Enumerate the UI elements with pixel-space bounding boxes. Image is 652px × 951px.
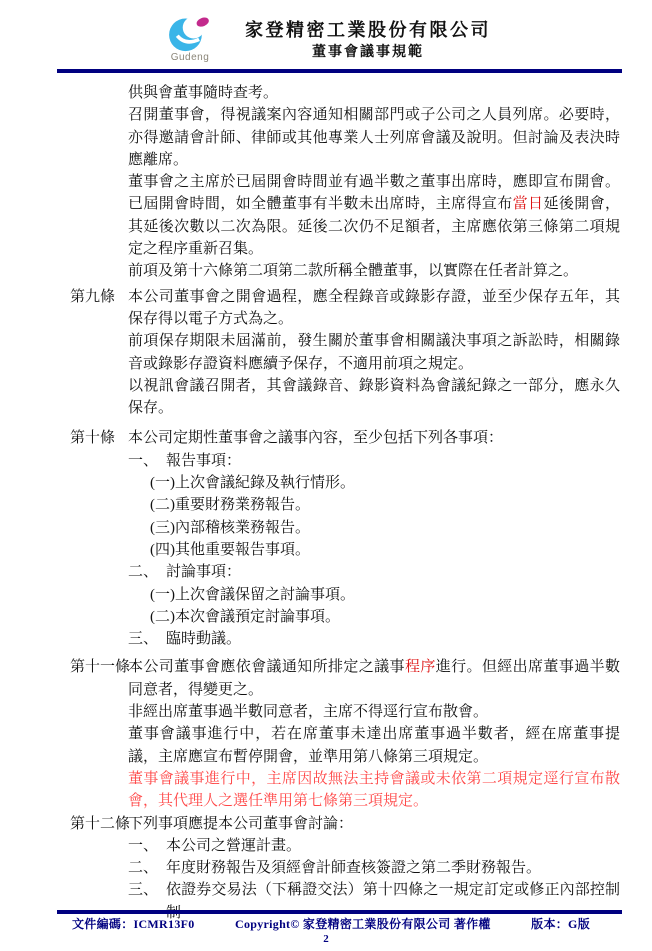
article-12-label: 第十二條 <box>70 813 128 924</box>
document-code: 文件編碼：ICMR13F0 <box>72 917 195 932</box>
article-9-body: 本公司董事會之開會過程，應全程錄音或錄影存證，並至少保存五年，其保存得以電子方式… <box>128 286 620 420</box>
paragraph: 前項保存期限未屆滿前，發生關於董事會相關議決事項之訴訟時，相關錄音或錄影存證資料… <box>128 330 620 375</box>
paragraph: 前項及第十六條第二項第二款所稱全體董事，以實際在任者計算之。 <box>128 260 620 282</box>
article-8-continuation: 供與會董事隨時查考。 召開董事會，得視議案內容通知相關部門或子公司之人員列席。必… <box>128 82 620 283</box>
article-12: 第十二條 下列事項應提本公司董事會討論： 一、 本公司之營運計畫。 二、 年度財… <box>70 813 620 924</box>
paragraph: 董事會之主席於已屆開會時間並有過半數之董事出席時，應即宣布開會。已屆開會時間，如… <box>128 171 620 260</box>
list-text: 臨時動議。 <box>166 628 241 650</box>
company-logo: Gudeng <box>161 13 219 63</box>
article-11-label: 第十一條 <box>70 656 128 812</box>
page-number: 2 <box>0 933 652 946</box>
footer-row: 文件編碼：ICMR13F0 Copyright© 家登精密工業股份有限公司 著作… <box>0 914 652 932</box>
list-item: 三、 臨時動議。 <box>128 628 620 650</box>
list-number: 二、 <box>128 857 166 879</box>
page-footer: 文件編碼：ICMR13F0 Copyright© 家登精密工業股份有限公司 著作… <box>0 910 652 946</box>
document-title: 董事會議事規範 <box>245 44 491 62</box>
sub-list-item: (二)重要財務業務報告。 <box>128 494 620 516</box>
red-paragraph: 董事會議事進行中，主席因故無法主持會議或未依第二項規定逕行宣布散會，其代理人之選… <box>128 768 620 813</box>
paragraph: 下列事項應提本公司董事會討論： <box>128 813 620 835</box>
list-number: 一、 <box>128 450 166 472</box>
gudeng-logo-icon <box>165 13 215 53</box>
article-9-label: 第九條 <box>70 286 128 420</box>
version-label: 版本：G版 <box>531 917 590 932</box>
document-page: Gudeng 家登精密工業股份有限公司 董事會議事規範 供與會董事隨時查考。 召… <box>0 0 652 951</box>
list-number: 三、 <box>128 628 166 650</box>
text-segment: 本公司董事會應依會議通知所排定之議事 <box>128 659 405 675</box>
list-number: 一、 <box>128 835 166 857</box>
list-text: 本公司之營運計畫。 <box>166 835 301 857</box>
article-10-body: 本公司定期性董事會之議事內容，至少包括下列各事項： 一、 報告事項： (一)上次… <box>128 427 620 650</box>
article-10: 第十條 本公司定期性董事會之議事內容，至少包括下列各事項： 一、 報告事項： (… <box>70 427 620 650</box>
list-text: 報告事項： <box>166 450 241 472</box>
red-highlight-text: 當日 <box>513 196 544 212</box>
list-text: 年度財務報告及須經會計師查核簽證之第二季財務報告。 <box>166 857 541 879</box>
article-10-label: 第十條 <box>70 427 128 650</box>
list-item: 二、 討論事項： <box>128 561 620 583</box>
sub-list-item: (二)本次會議預定討論事項。 <box>128 606 620 628</box>
list-item: 一、 本公司之營運計畫。 <box>128 835 620 857</box>
sub-list-item: (一)上次會議保留之討論事項。 <box>128 584 620 606</box>
list-number: 二、 <box>128 561 166 583</box>
paragraph: 供與會董事隨時查考。 <box>128 82 620 104</box>
copyright-notice: Copyright© 家登精密工業股份有限公司 著作權 <box>235 917 491 932</box>
paragraph: 召開董事會，得視議案內容通知相關部門或子公司之人員列席。必要時，亦得邀請會計師、… <box>128 104 620 171</box>
red-highlight-text: 程序 <box>405 659 436 675</box>
list-item: 一、 報告事項： <box>128 450 620 472</box>
article-11: 第十一條 本公司董事會應依會議通知所排定之議事程序進行。但經出席董事過半數同意者… <box>70 656 620 812</box>
company-name: 家登精密工業股份有限公司 <box>245 18 491 42</box>
paragraph: 本公司董事會應依會議通知所排定之議事程序進行。但經出席董事過半數同意者，得變更之… <box>128 656 620 701</box>
paragraph: 本公司定期性董事會之議事內容，至少包括下列各事項： <box>128 427 620 449</box>
list-text: 討論事項： <box>166 561 241 583</box>
document-body: 供與會董事隨時查考。 召開董事會，得視議案內容通知相關部門或子公司之人員列席。必… <box>0 73 652 924</box>
sub-list-item: (三)內部稽核業務報告。 <box>128 517 620 539</box>
sub-list-item: (一)上次會議紀錄及執行情形。 <box>128 472 620 494</box>
paragraph: 本公司董事會之開會過程，應全程錄音或錄影存證，並至少保存五年，其保存得以電子方式… <box>128 286 620 331</box>
logo-wordmark: Gudeng <box>161 53 219 63</box>
paragraph: 董事會議事進行中，若在席董事未達出席董事過半數者，經在席董事提議，主席應宣布暫停… <box>128 723 620 768</box>
page-header: Gudeng 家登精密工業股份有限公司 董事會議事規範 <box>0 0 652 66</box>
header-titles: 家登精密工業股份有限公司 董事會議事規範 <box>245 13 491 62</box>
paragraph: 以視訊會議召開者，其會議錄音、錄影資料為會議紀錄之一部分，應永久保存。 <box>128 375 620 420</box>
paragraph: 非經出席董事過半數同意者，主席不得逕行宣布散會。 <box>128 701 620 723</box>
article-12-body: 下列事項應提本公司董事會討論： 一、 本公司之營運計畫。 二、 年度財務報告及須… <box>128 813 620 924</box>
article-11-body: 本公司董事會應依會議通知所排定之議事程序進行。但經出席董事過半數同意者，得變更之… <box>128 656 620 812</box>
article-9: 第九條 本公司董事會之開會過程，應全程錄音或錄影存證，並至少保存五年，其保存得以… <box>70 286 620 420</box>
sub-list-item: (四)其他重要報告事項。 <box>128 539 620 561</box>
list-item: 二、 年度財務報告及須經會計師查核簽證之第二季財務報告。 <box>128 857 620 879</box>
